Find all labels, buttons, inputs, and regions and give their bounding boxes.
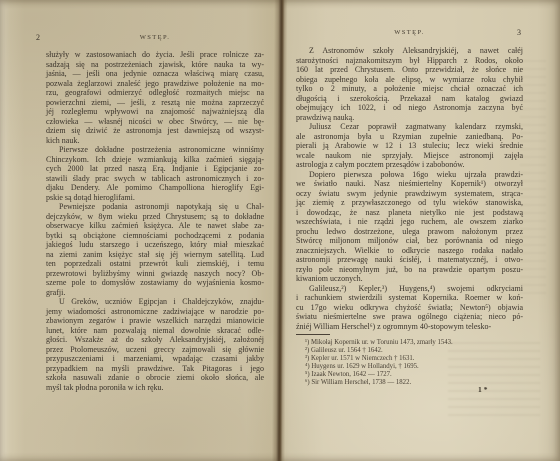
text-line: 160 lat przed Chrystusem. Onto przewidzi… [296, 65, 523, 75]
footnote-line: ⁴) Huygens ur. 1629 w Hollandyi, † 1695. [305, 363, 525, 371]
text-line: na ziemi zanim księżyc stał się jéj wier… [46, 250, 264, 260]
paragraph: Pierwsze dokładne postrzeżenia astronomi… [46, 145, 264, 202]
page-number-left: 2 [36, 33, 41, 42]
text-line: lunet, które nam pozwalają niemal dowoln… [46, 326, 264, 336]
paragraph: Galileusz,²) Kepler,³) Huygens,⁴) swojem… [296, 284, 523, 332]
text-line: Pierwsze dokładne postrzeżenia astronomi… [46, 145, 264, 155]
paragraph: Dopiero pierwsza połowa 16go wieku ujrza… [296, 170, 523, 284]
footnote-line: ¹) Mikołaj Kopernik ur. w Toruniu 1473, … [305, 339, 525, 347]
paragraph: U Greków, uczniów Egipcjan i Chaldejczyk… [46, 297, 264, 392]
text-line: głości. Wszakże aż do szkoły Aleksandryj… [46, 335, 264, 345]
text-line: szkoła nasuwali zdanie o obrocie ziemi o… [46, 373, 264, 383]
text-line: oczy światu swym jedynie prawdziwym syst… [296, 189, 523, 199]
paragraph: służyły w zastosowaniach do życia. Jeśli… [46, 50, 264, 145]
text-line: jąc ziemię z przywłaszczonego od tylu wi… [296, 198, 523, 208]
text-line: ten poprzedzali ostatni przewrót kuli zi… [46, 259, 264, 269]
footnote-line: ³) Kepler ur. 1571 w Niemczech † 1631. [305, 355, 525, 363]
page-left-text: służyły w zastosowaniach do życia. Jeśli… [46, 50, 264, 392]
text-line: rzu, geografowi odmierzyć odległość rozm… [46, 88, 264, 98]
text-line: przewrotowi byliżbyśmy winni gwiazdę nas… [46, 269, 264, 279]
text-line: tylko o 2 minuty, a położenie miejsc chc… [296, 84, 523, 94]
text-line: cu 17go wieku odkrywa chyżość światła; N… [296, 303, 523, 313]
text-line: grafji. [46, 288, 264, 298]
running-head-right: WSTĘP. [296, 29, 523, 36]
text-line: jéj rozległemu wpływowi na znajomość naj… [46, 107, 264, 117]
bleed-through-artifact [520, 60, 546, 300]
text-line: Dopiero pierwsza połowa 16go wieku ujrza… [296, 170, 523, 180]
text-line: astronomji przewagę nauki ścisłéj, i mat… [296, 255, 523, 265]
text-line: astrologja z całym pocztem przesądów i z… [296, 160, 523, 170]
text-line: długością i szerokością. Przekazał nam k… [296, 94, 523, 104]
text-line: wszechświata, i nie rządzi jego ruchem, … [296, 217, 523, 227]
text-line: starożytności najznakomitszym był Hippar… [296, 56, 523, 66]
running-head-left: WSTĘP. [46, 34, 264, 41]
text-line: jemy wiadomości astronomiczne zadziwiają… [46, 307, 264, 317]
text-line: przypadkiem na myśli prawdziwe. Tak Pita… [46, 364, 264, 374]
footnote-line: ²) Galileusz ur. 1564 † 1642. [305, 347, 525, 355]
footnote-line: ⁶) Sir William Herschel, 1738 — 1822. [305, 379, 525, 387]
text-line: prochu ledwo dostrzeżone, ulega prawom n… [296, 227, 523, 237]
text-line: sadzają się na postrzeżeniach zjawisk, k… [46, 60, 264, 70]
text-line: Galileusz,²) Kepler,³) Huygens,⁴) swojem… [296, 284, 523, 294]
text-line: bytki są obciążone ciemnościami pochodzą… [46, 231, 264, 241]
text-line: przez Ptolomeuszów, uczeni greccy zajmow… [46, 345, 264, 355]
text-line: U Greków, uczniów Egipcjan i Chaldejczyk… [46, 297, 264, 307]
text-line: pierali ją Arabowie w 12 i 13 stuleciu; … [296, 141, 523, 151]
footnote-separator-rule [296, 334, 330, 335]
text-line: we światło nauki. Nasz nieśmiertelny Kop… [296, 179, 523, 189]
text-line: zbawionym zegarów i prawie wszelkich nar… [46, 316, 264, 326]
text-line: jakiegoś ludu starszego i uczeńszego, kt… [46, 240, 264, 250]
footnotes-block: ¹) Mikołaj Kopernik ur. w Toruniu 1473, … [305, 339, 525, 386]
text-line: dejczyków, w 8ym wieku przed Chrystusem;… [46, 212, 264, 222]
text-line: Stwórcę miljonom miljonów ciał, bez poró… [296, 236, 523, 246]
text-line: cych 2000 lat przed naszą Erą. Indjanie … [46, 164, 264, 174]
text-line: Chinczykom. Ich dzieje wzmiankują kilka … [46, 155, 264, 165]
text-line: obiega zupełnego koła ale elipsę, w wymi… [296, 75, 523, 85]
text-line: pskie są dotąd hieroglifami. [46, 193, 264, 203]
text-line: człowieka — własnéj nicości w obec Stwór… [46, 117, 264, 127]
book-gutter-shadow [272, 0, 289, 461]
footnote-line: ⁵) Izaak Newton, 1642 — 1727. [305, 371, 525, 379]
text-line: Pewniejsze podania astronomji napotykają… [46, 202, 264, 212]
text-line: Juliusz Cezar poprawił zagmatwany kalend… [296, 122, 523, 132]
text-line: Z Astronomów szkoły Aleksandryjskiéj, a … [296, 46, 523, 56]
text-line: stawili ślady prac swych w tablicach ast… [46, 174, 264, 184]
paragraph: Pewniejsze podania astronomji napotykają… [46, 202, 264, 297]
text-line: myśl tak płodna poroniła w ich ręku. [46, 383, 264, 393]
text-line: prawdziwą nauką. [296, 113, 523, 123]
text-line: powierzchni ziemi, — jeśli, z resztą nie… [46, 98, 264, 108]
text-line: i dowodząc, że nasz planeta nietylko nie… [296, 208, 523, 218]
text-line: znaczniejszych. Wielkie to odkrycie nasz… [296, 246, 523, 256]
text-line: dziem się dziwić że astronomja jest dawn… [46, 126, 264, 136]
text-line: i rachunkiem stwierdzili systemat Kopern… [296, 293, 523, 303]
text-line: światu nieśmiertelne swe prawa ogólnego … [296, 312, 523, 322]
text-line: ale astronomja była u Rzymian zupełnie z… [296, 132, 523, 142]
book-spread: 2 WSTĘP. WSTĘP. 3 służyły w zastosowania… [0, 0, 560, 461]
text-line: obserwacye kilku zaćmień księżyca. Ale t… [46, 221, 264, 231]
paragraph: Juliusz Cezar poprawił zagmatwany kalend… [296, 122, 523, 170]
text-line: źniéj William Herschel⁶) z ogromnym 40-s… [296, 322, 523, 332]
text-line: kich nauk. [46, 136, 264, 146]
page-right-text: Z Astronomów szkoły Aleksandryjskiéj, a … [296, 46, 523, 331]
text-line: kiwaniom uczonych. [296, 274, 523, 284]
signature-mark: 1* [478, 385, 490, 394]
text-line: obejmujący ich 1022, i od niego Astronom… [296, 103, 523, 113]
text-line: djaku Dendery. Ale pomimo Champolliona h… [46, 183, 264, 193]
text-line: jaśnia, — jeśli ona jedynie oznacza właś… [46, 69, 264, 79]
text-line: wcale naukom nie sprzyjały. Miejsce astr… [296, 151, 523, 161]
text-line: służyły w zastosowaniach do życia. Jeśli… [46, 50, 264, 60]
text-line: rzyło pole nieomylnym już, bo na prawdzi… [296, 265, 523, 275]
paragraph: Z Astronomów szkoły Aleksandryjskiéj, a … [296, 46, 523, 122]
text-line: przypuszczeniami i marzeniami, wpadając … [46, 354, 264, 364]
page-number-right: 3 [517, 28, 522, 37]
text-line: pozwala żeglarzowi znaleść jego prawdziw… [46, 79, 264, 89]
text-line: szerne pole to domysłów zostawiamy do wy… [46, 278, 264, 288]
